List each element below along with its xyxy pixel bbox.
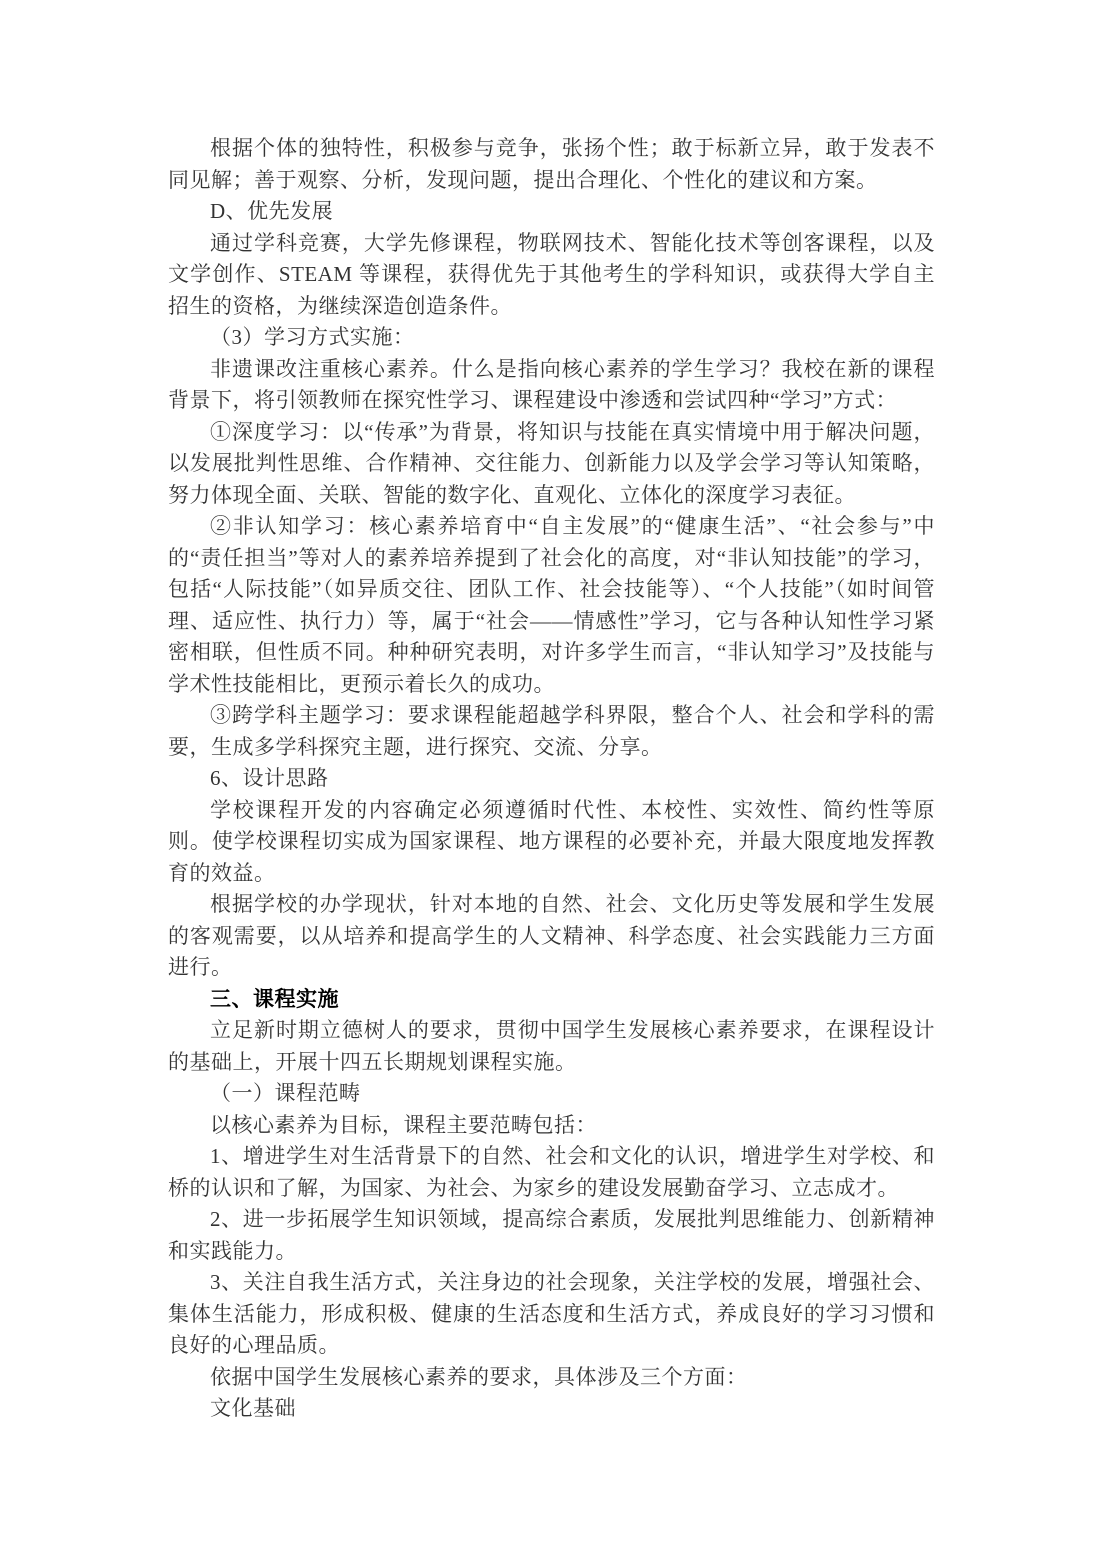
subheading-design-approach: 6、设计思路 (168, 763, 935, 795)
subheading-learning-method-implementation: （3）学习方式实施： (168, 322, 935, 354)
paragraph: 非遗课改注重核心素养。什么是指向核心素养的学生学习？我校在新的课程背景下，将引领… (168, 354, 935, 417)
paragraph: 学校课程开发的内容确定必须遵循时代性、本校性、实效性、简约性等原则。使学校课程切… (168, 795, 935, 890)
paragraph: 立足新时期立德树人的要求，贯彻中国学生发展核心素养要求，在课程设计的基础上，开展… (168, 1015, 935, 1078)
paragraph: 根据个体的独特性，积极参与竞争，张扬个性；敢于标新立异，敢于发表不同见解；善于观… (168, 133, 935, 196)
subheading-course-scope: （一）课程范畴 (168, 1078, 935, 1110)
section-heading-course-implementation: 三、课程实施 (168, 984, 935, 1016)
paragraph: 依据中国学生发展核心素养的要求，具体涉及三个方面： (168, 1362, 935, 1394)
paragraph-interdisciplinary-learning: ③跨学科主题学习：要求课程能超越学科界限，整合个人、社会和学科的需要，生成多学科… (168, 700, 935, 763)
paragraph-cultural-foundation: 文化基础 (168, 1393, 935, 1425)
paragraph-item-2: 2、进一步拓展学生知识领域，提高综合素质，发展批判思维能力、创新精神和实践能力。 (168, 1204, 935, 1267)
paragraph: 以核心素养为目标，课程主要范畴包括： (168, 1110, 935, 1142)
paragraph-item-1: 1、增进学生对生活背景下的自然、社会和文化的认识，增进学生对学校、和桥的认识和了… (168, 1141, 935, 1204)
subheading-d-priority-development: D、优先发展 (168, 196, 935, 228)
paragraph-noncognitive-learning: ②非认知学习：核心素养培育中“自主发展”的“健康生活”、“社会参与”中的“责任担… (168, 511, 935, 700)
document-body: 根据个体的独特性，积极参与竞争，张扬个性；敢于标新立异，敢于发表不同见解；善于观… (168, 133, 935, 1425)
document-page: 根据个体的独特性，积极参与竞争，张扬个性；敢于标新立异，敢于发表不同见解；善于观… (0, 0, 1102, 1559)
paragraph: 根据学校的办学现状，针对本地的自然、社会、文化历史等发展和学生发展的客观需要，以… (168, 889, 935, 984)
paragraph-deep-learning: ①深度学习：以“传承”为背景，将知识与技能在真实情境中用于解决问题，以发展批判性… (168, 417, 935, 512)
paragraph: 通过学科竞赛，大学先修课程，物联网技术、智能化技术等创客课程，以及文学创作、ST… (168, 228, 935, 323)
paragraph-item-3: 3、关注自我生活方式，关注身边的社会现象，关注学校的发展，增强社会、集体生活能力… (168, 1267, 935, 1362)
